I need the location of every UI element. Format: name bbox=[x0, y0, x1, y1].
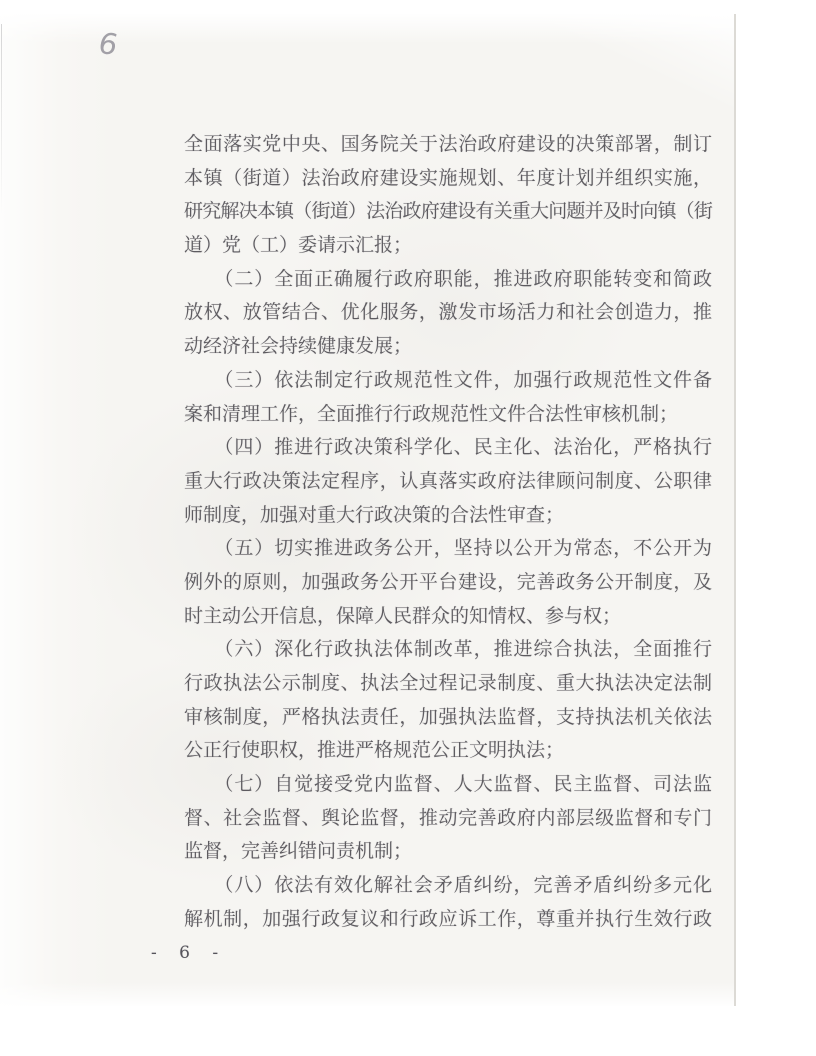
text-line: 时主动公开信息，保障人民群众的知情权、参与权； bbox=[184, 600, 712, 634]
text-line: 行政执法公示制度、执法全过程记录制度、重大执法决定法制 bbox=[184, 667, 712, 701]
document-body: 全面落实党中央、国务院关于法治政府建设的决策部署，制订本镇（街道）法治政府建设实… bbox=[184, 128, 712, 937]
paragraph: 全面落实党中央、国务院关于法治政府建设的决策部署，制订本镇（街道）法治政府建设实… bbox=[184, 128, 712, 263]
text-line: （五）切实推进政务公开，坚持以公开为常态，不公开为 bbox=[184, 532, 712, 566]
text-line: 公正行使职权，推进严格规范公正文明执法； bbox=[184, 734, 712, 768]
text-line: 例外的原则，加强政务公开平台建设，完善政务公开制度，及 bbox=[184, 566, 712, 600]
scan-edge-artifact bbox=[1, 24, 2, 214]
paragraph: （五）切实推进政务公开，坚持以公开为常态，不公开为例外的原则，加强政务公开平台建… bbox=[184, 532, 712, 633]
text-line: （三）依法制定行政规范性文件，加强行政规范性文件备 bbox=[184, 364, 712, 398]
text-line: 全面落实党中央、国务院关于法治政府建设的决策部署，制订 bbox=[184, 128, 712, 162]
text-line: （六）深化行政执法体制改革，推进综合执法，全面推行 bbox=[184, 633, 712, 667]
text-line: 解机制，加强行政复议和行政应诉工作，尊重并执行生效行政 bbox=[184, 903, 712, 937]
text-line: （二）全面正确履行政府职能，推进政府职能转变和简政 bbox=[184, 263, 712, 297]
text-line: 师制度，加强对重大行政决策的合法性审查； bbox=[184, 499, 712, 533]
text-line: 本镇（街道）法治政府建设实施规划、年度计划并组织实施， bbox=[184, 162, 712, 196]
paragraph: （四）推进行政决策科学化、民主化、法治化，严格执行重大行政决策法定程序，认真落实… bbox=[184, 431, 712, 532]
text-line: 督、社会监督、舆论监督，推动完善政府内部层级监督和专门 bbox=[184, 802, 712, 836]
paragraph: （六）深化行政执法体制改革，推进综合执法，全面推行行政执法公示制度、执法全过程记… bbox=[184, 633, 712, 768]
text-line: 案和清理工作，全面推行行政规范性文件合法性审核机制； bbox=[184, 398, 712, 432]
text-line: （七）自觉接受党内监督、人大监督、民主监督、司法监 bbox=[184, 768, 712, 802]
page-number: - 6 - bbox=[151, 943, 222, 963]
text-line: 研究解决本镇（街道）法治政府建设有关重大问题并及时向镇（街 bbox=[184, 195, 712, 229]
text-line: 动经济社会持续健康发展； bbox=[184, 330, 712, 364]
paragraph: （二）全面正确履行政府职能，推进政府职能转变和简政放权、放管结合、优化服务，激发… bbox=[184, 263, 712, 364]
paragraph: （三）依法制定行政规范性文件，加强行政规范性文件备案和清理工作，全面推行行政规范… bbox=[184, 364, 712, 431]
text-line: （八）依法有效化解社会矛盾纠纷，完善矛盾纠纷多元化 bbox=[184, 869, 712, 903]
text-line: 重大行政决策法定程序，认真落实政府法律顾问制度、公职律 bbox=[184, 465, 712, 499]
text-line: 道）党（工）委请示汇报； bbox=[184, 229, 712, 263]
text-line: 监督，完善纠错问责机制； bbox=[184, 835, 712, 869]
paragraph: （七）自觉接受党内监督、人大监督、民主监督、司法监督、社会监督、舆论监督，推动完… bbox=[184, 768, 712, 869]
text-line: 放权、放管结合、优化服务，激发市场活力和社会创造力，推 bbox=[184, 296, 712, 330]
text-line: 审核制度，严格执法责任，加强执法监督，支持执法机关依法 bbox=[184, 701, 712, 735]
scanned-document-page: 6 全面落实党中央、国务院关于法治政府建设的决策部署，制订本镇（街道）法治政府建… bbox=[0, 0, 816, 1056]
paragraph: （八）依法有效化解社会矛盾纠纷，完善矛盾纠纷多元化解机制，加强行政复议和行政应诉… bbox=[184, 869, 712, 936]
text-line: （四）推进行政决策科学化、民主化、法治化，严格执行 bbox=[184, 431, 712, 465]
